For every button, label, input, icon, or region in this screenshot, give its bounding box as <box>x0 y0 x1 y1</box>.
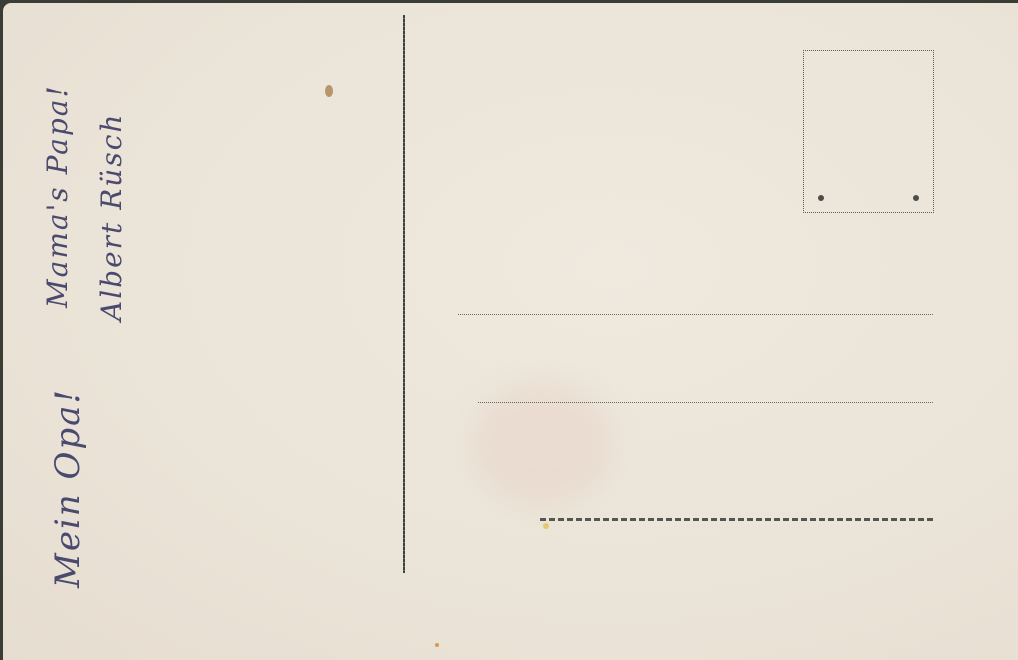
handwritten-line-mein-opa: Mein Opa! <box>48 388 88 588</box>
paper-stain <box>473 383 613 503</box>
paper-stain <box>435 643 439 647</box>
stamp-box <box>803 50 934 213</box>
address-line-1 <box>458 314 933 315</box>
postcard-back: Mein Opa! Mama's Papa! Albert Rüsch <box>3 3 1018 660</box>
paper-stain <box>325 85 333 97</box>
stamp-hole-left <box>818 195 824 201</box>
stamp-hole-right <box>913 195 919 201</box>
address-line-2 <box>478 402 933 403</box>
handwritten-line-signature: Albert Rüsch <box>95 113 128 321</box>
handwritten-line-mamas-papa: Mama's Papa! <box>41 84 74 308</box>
paper-stain <box>543 523 549 529</box>
address-line-3 <box>540 518 933 521</box>
center-divider-line <box>403 15 405 573</box>
